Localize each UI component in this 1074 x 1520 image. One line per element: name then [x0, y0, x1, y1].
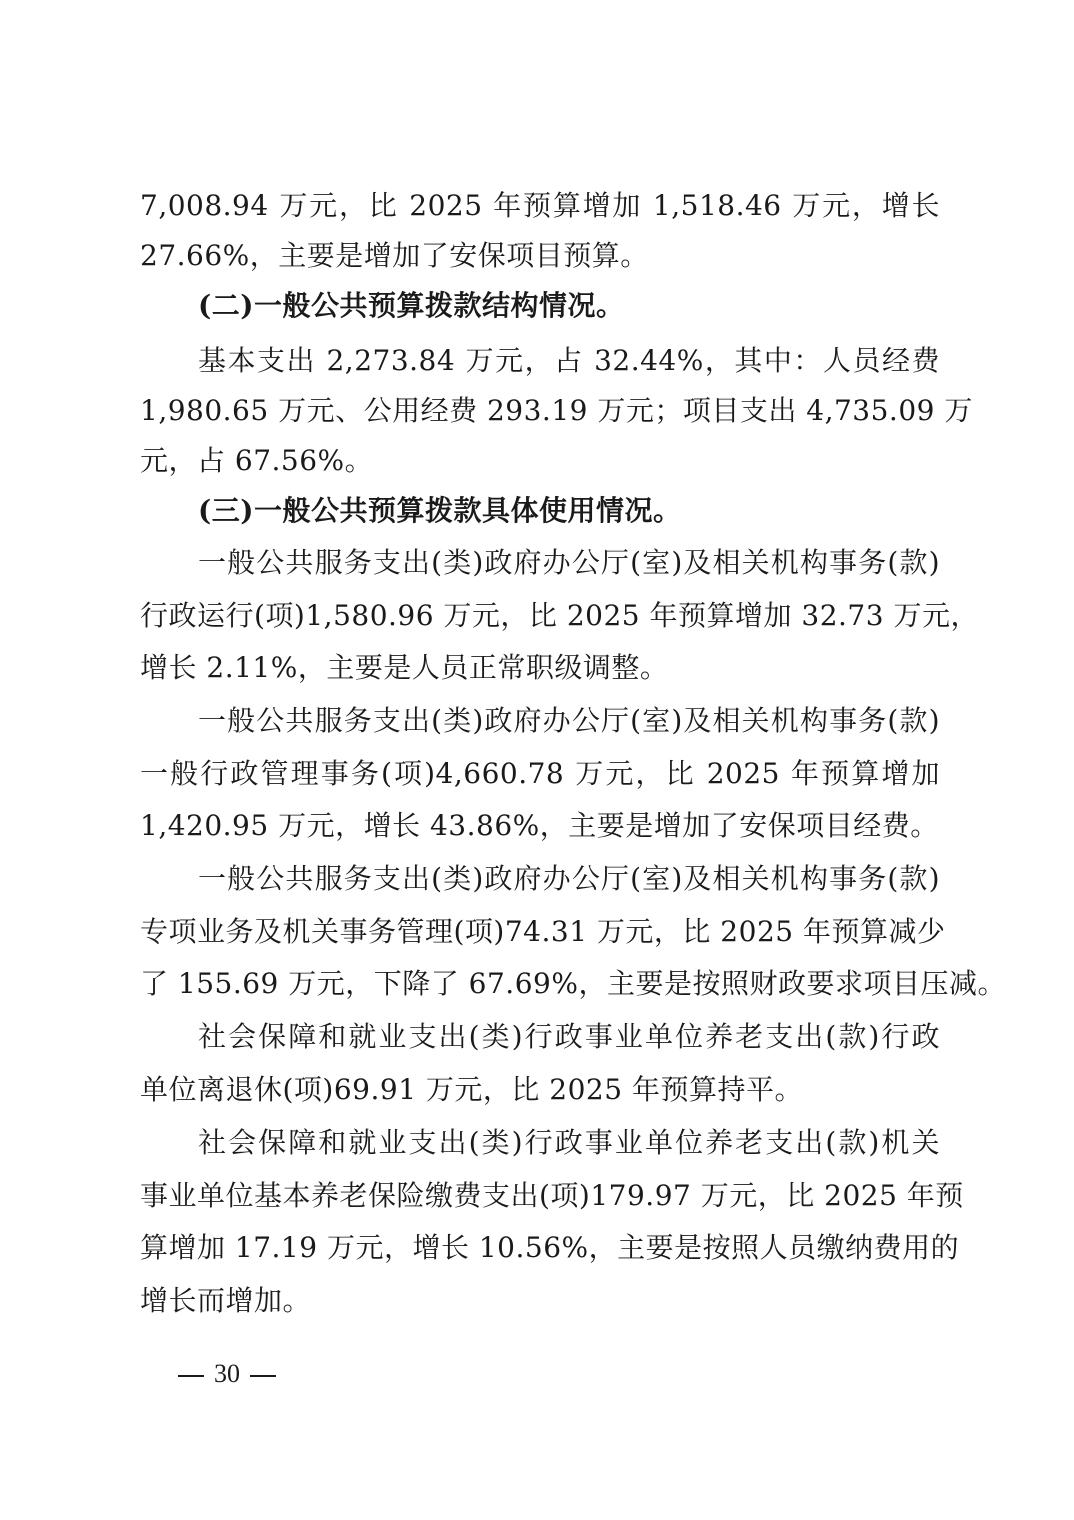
section-heading-2: (二)一般公共预算拨款结构情况。: [140, 280, 625, 332]
section-heading-3: (三)一般公共预算拨款具体使用情况。: [140, 485, 682, 537]
paragraph-line: 专项业务及机关事务管理(项)74.31 万元，比 2025 年预算减少: [140, 906, 940, 958]
paragraph-line: 社会保障和就业支出(类)行政事业单位养老支出(款)行政: [140, 1011, 940, 1063]
paragraph-line: 一般公共服务支出(类)政府办公厅(室)及相关机构事务(款): [140, 537, 940, 589]
dash-right: [250, 1375, 276, 1377]
paragraph-line: 1,980.65 万元、公用经费 293.19 万元；项目支出 4,735.09…: [140, 385, 940, 437]
paragraph-line: 了 155.69 万元，下降了 67.69%，主要是按照财政要求项目压减。: [140, 958, 940, 1010]
paragraph-line: 1,420.95 万元，增长 43.86%，主要是增加了安保项目经费。: [140, 800, 939, 852]
paragraph-line: 事业单位基本养老保险缴费支出(项)179.97 万元，比 2025 年预: [140, 1170, 940, 1222]
paragraph-line: 一般公共服务支出(类)政府办公厅(室)及相关机构事务(款): [140, 853, 940, 905]
paragraph-line: 增长 2.11%，主要是人员正常职级调整。: [140, 642, 668, 694]
page-number: 30: [214, 1359, 240, 1388]
paragraph-line: 社会保障和就业支出(类)行政事业单位养老支出(款)机关: [140, 1117, 940, 1169]
paragraph-line: 元，占 67.56%。: [140, 435, 373, 487]
paragraph-line: 行政运行(项)1,580.96 万元，比 2025 年预算增加 32.73 万元…: [140, 590, 940, 642]
paragraph-line: 27.66%，主要是增加了安保项目预算。: [140, 230, 649, 282]
dash-left: [178, 1375, 204, 1377]
page-footer: 30: [168, 1358, 286, 1390]
paragraph-line: 7,008.94 万元，比 2025 年预算增加 1,518.46 万元，增长: [140, 180, 940, 232]
paragraph-line: 增长而增加。: [140, 1275, 311, 1327]
paragraph-line: 一般行政管理事务(项)4,660.78 万元，比 2025 年预算增加: [140, 748, 940, 800]
paragraph-line: 一般公共服务支出(类)政府办公厅(室)及相关机构事务(款): [140, 695, 940, 747]
paragraph-line: 单位离退休(项)69.91 万元，比 2025 年预算持平。: [140, 1064, 803, 1116]
paragraph-line: 基本支出 2,273.84 万元，占 32.44%，其中：人员经费: [140, 335, 940, 387]
paragraph-line: 算增加 17.19 万元，增长 10.56%，主要是按照人员缴纳费用的: [140, 1222, 940, 1274]
